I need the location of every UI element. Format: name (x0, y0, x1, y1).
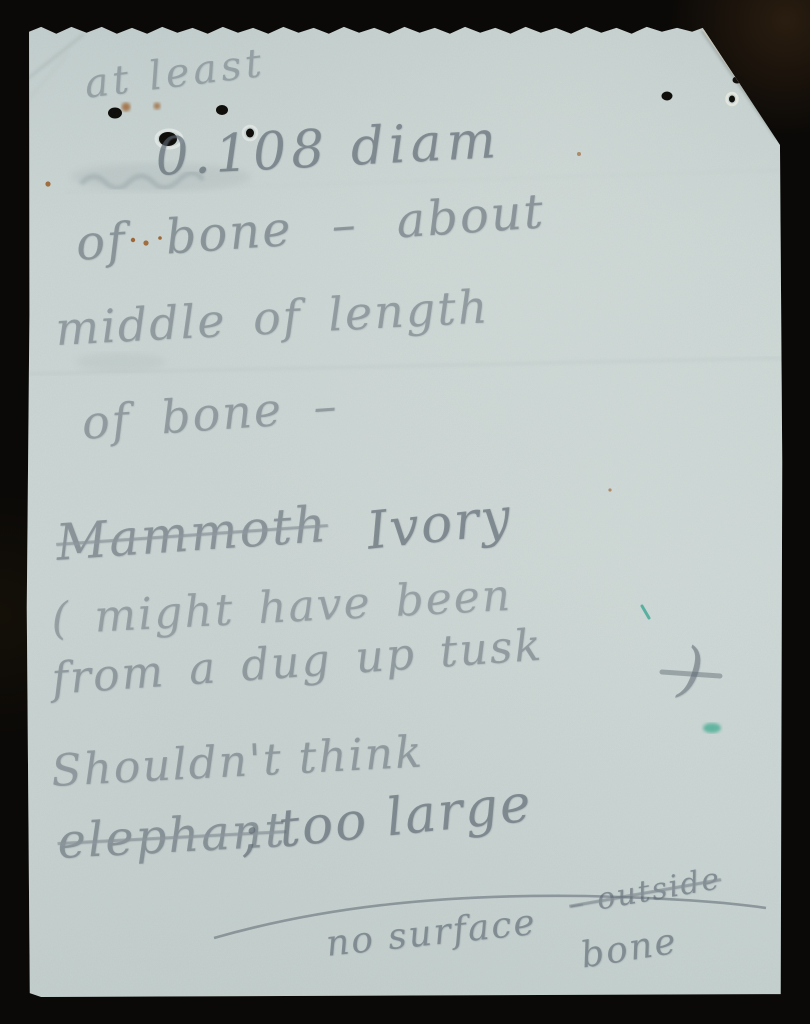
paper-sheet: at least 0.108 diam of bone – about midd… (26, 22, 783, 998)
scanned-note-photo: at least 0.108 diam of bone – about midd… (0, 0, 810, 1024)
